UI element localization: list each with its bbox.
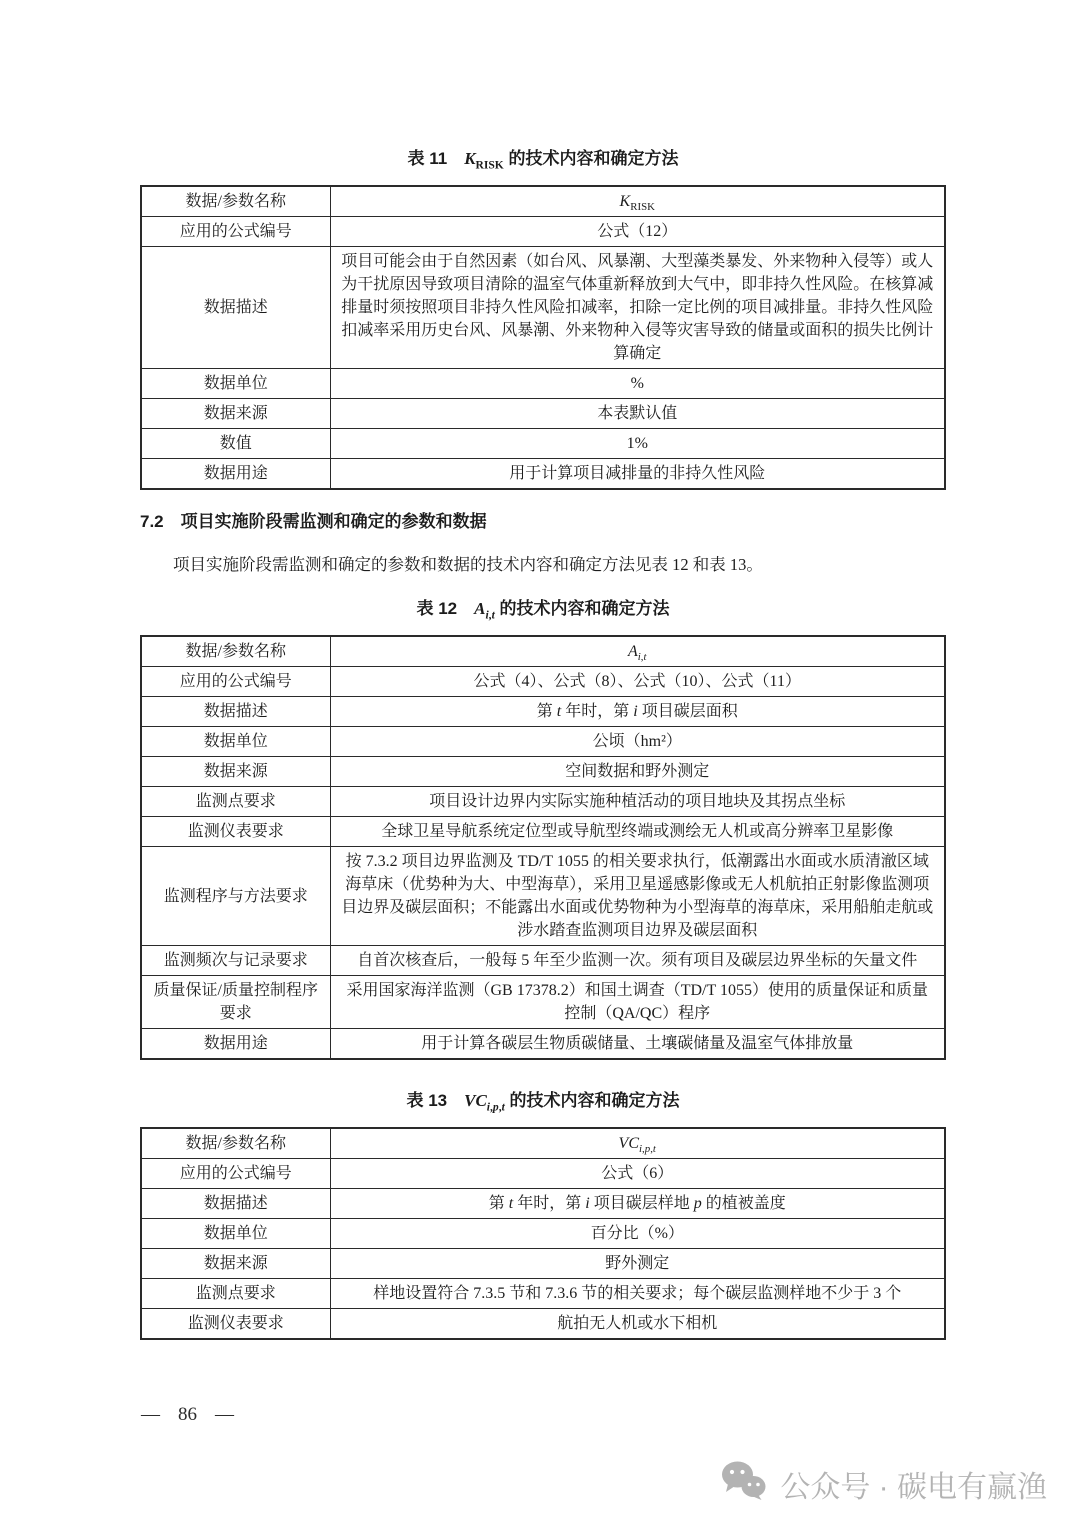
row-value: 全球卫星导航系统定位型或导航型终端或测绘无人机或高分辨率卫星影像 — [330, 817, 945, 847]
table-row: 应用的公式编号公式（12） — [141, 217, 945, 247]
table-row: 数据来源野外测定 — [141, 1249, 945, 1279]
table-row: 质量保证/质量控制程序要求采用国家海洋监测（GB 17378.2）和国土调查（T… — [141, 976, 945, 1029]
row-label: 数据用途 — [141, 1029, 330, 1060]
table-row: 数值1% — [141, 429, 945, 459]
row-label: 数值 — [141, 429, 330, 459]
table-row: 监测程序与方法要求按 7.3.2 项目边界监测及 TD/T 1055 的相关要求… — [141, 847, 945, 946]
row-value: 第 t 年时，第 i 项目碳层面积 — [330, 697, 945, 727]
row-value: 野外测定 — [330, 1249, 945, 1279]
table-row: 应用的公式编号公式（4）、公式（8）、公式（10）、公式（11） — [141, 667, 945, 697]
row-label: 应用的公式编号 — [141, 667, 330, 697]
section-paragraph: 项目实施阶段需监测和确定的参数和数据的技术内容和确定方法见表 12 和表 13。 — [140, 553, 946, 577]
table-row: 数据用途用于计算各碳层生物质碳储量、土壤碳储量及温室气体排放量 — [141, 1029, 945, 1060]
table-row: 数据描述项目可能会由于自然因素（如台风、风暴潮、大型藻类暴发、外来物种入侵等）或… — [141, 247, 945, 369]
table-row: 数据来源本表默认值 — [141, 399, 945, 429]
row-value: 用于计算项目减排量的非持久性风险 — [330, 459, 945, 490]
watermark-text: 公众号 · 碳电有赢渔 — [780, 1462, 1047, 1506]
wechat-icon — [720, 1460, 767, 1508]
row-label: 数据来源 — [141, 399, 330, 429]
table-row: 监测仪表要求全球卫星导航系统定位型或导航型终端或测绘无人机或高分辨率卫星影像 — [141, 817, 945, 847]
row-label: 数据/参数名称 — [141, 186, 330, 217]
row-label: 质量保证/质量控制程序要求 — [141, 976, 330, 1029]
row-label: 应用的公式编号 — [141, 1159, 330, 1189]
row-label: 监测程序与方法要求 — [141, 847, 330, 946]
footer-right-dash: — — [215, 1404, 234, 1426]
row-label: 监测频次与记录要求 — [141, 946, 330, 976]
row-label: 数据来源 — [141, 1249, 330, 1279]
row-value: 1% — [330, 429, 945, 459]
row-value: KRISK — [330, 186, 945, 217]
page-content: 表 11 KRISK 的技术内容和确定方法 数据/参数名称KRISK应用的公式编… — [140, 148, 946, 1340]
row-value: 公式（12） — [330, 217, 945, 247]
table-row: 数据单位% — [141, 369, 945, 399]
row-value: 用于计算各碳层生物质碳储量、土壤碳储量及温室气体排放量 — [330, 1029, 945, 1060]
row-value: 第 t 年时，第 i 项目碳层样地 p 的植被盖度 — [330, 1189, 945, 1219]
row-value: 项目设计边界内实际实施种植活动的项目地块及其拐点坐标 — [330, 787, 945, 817]
row-value: 空间数据和野外测定 — [330, 757, 945, 787]
row-value: VCi,p,t — [330, 1128, 945, 1159]
row-label: 数据/参数名称 — [141, 636, 330, 667]
table-row: 监测点要求项目设计边界内实际实施种植活动的项目地块及其拐点坐标 — [141, 787, 945, 817]
row-label: 数据来源 — [141, 757, 330, 787]
table-row: 数据单位公顷（hm²） — [141, 727, 945, 757]
row-label: 数据描述 — [141, 1189, 330, 1219]
table-row: 数据/参数名称VCi,p,t — [141, 1128, 945, 1159]
table11-title: 表 11 KRISK 的技术内容和确定方法 — [140, 148, 946, 170]
row-value: 项目可能会由于自然因素（如台风、风暴潮、大型藻类暴发、外来物种入侵等）或人为干扰… — [330, 247, 945, 369]
page-number: 86 — [178, 1404, 197, 1426]
row-label: 监测点要求 — [141, 787, 330, 817]
row-value: 本表默认值 — [330, 399, 945, 429]
row-label: 数据描述 — [141, 697, 330, 727]
row-value: 按 7.3.2 项目边界监测及 TD/T 1055 的相关要求执行，低潮露出水面… — [330, 847, 945, 946]
table-row: 应用的公式编号公式（6） — [141, 1159, 945, 1189]
row-value: 航拍无人机或水下相机 — [330, 1309, 945, 1340]
footer-left-dash: — — [141, 1404, 160, 1426]
table-row: 数据/参数名称KRISK — [141, 186, 945, 217]
table13: 数据/参数名称VCi,p,t应用的公式编号公式（6）数据描述第 t 年时，第 i… — [140, 1127, 946, 1340]
table-row: 数据单位百分比（%） — [141, 1219, 945, 1249]
table-row: 数据/参数名称Ai,t — [141, 636, 945, 667]
row-label: 数据单位 — [141, 1219, 330, 1249]
row-label: 数据描述 — [141, 247, 330, 369]
row-value: 公式（4）、公式（8）、公式（10）、公式（11） — [330, 667, 945, 697]
section-heading-7-2: 7.2 项目实施阶段需监测和确定的参数和数据 — [140, 511, 946, 533]
table-row: 监测仪表要求航拍无人机或水下相机 — [141, 1309, 945, 1340]
table-row: 数据描述第 t 年时，第 i 项目碳层面积 — [141, 697, 945, 727]
table12: 数据/参数名称Ai,t应用的公式编号公式（4）、公式（8）、公式（10）、公式（… — [140, 635, 946, 1060]
row-value: % — [330, 369, 945, 399]
table11: 数据/参数名称KRISK应用的公式编号公式（12）数据描述项目可能会由于自然因素… — [140, 185, 946, 490]
table-row: 监测点要求样地设置符合 7.3.5 节和 7.3.6 节的相关要求；每个碳层监测… — [141, 1279, 945, 1309]
table12-title: 表 12 Ai,t 的技术内容和确定方法 — [140, 598, 946, 620]
row-label: 数据用途 — [141, 459, 330, 490]
table-row: 数据用途用于计算项目减排量的非持久性风险 — [141, 459, 945, 490]
row-value: 样地设置符合 7.3.5 节和 7.3.6 节的相关要求；每个碳层监测样地不少于… — [330, 1279, 945, 1309]
row-label: 监测仪表要求 — [141, 817, 330, 847]
row-value: 公式（6） — [330, 1159, 945, 1189]
row-value: 采用国家海洋监测（GB 17378.2）和国土调查（TD/T 1055）使用的质… — [330, 976, 945, 1029]
row-label: 监测点要求 — [141, 1279, 330, 1309]
document-page: 表 11 KRISK 的技术内容和确定方法 数据/参数名称KRISK应用的公式编… — [0, 0, 1080, 1528]
row-value: 自首次核查后，一般每 5 年至少监测一次。须有项目及碳层边界坐标的矢量文件 — [330, 946, 945, 976]
row-label: 数据单位 — [141, 727, 330, 757]
row-label: 数据/参数名称 — [141, 1128, 330, 1159]
watermark: 公众号 · 碳电有赢渔 — [720, 1460, 1047, 1508]
table13-title: 表 13 VCi,p,t 的技术内容和确定方法 — [140, 1090, 946, 1112]
row-label: 应用的公式编号 — [141, 217, 330, 247]
table-row: 数据来源空间数据和野外测定 — [141, 757, 945, 787]
row-value: 百分比（%） — [330, 1219, 945, 1249]
page-footer: — 86 — — [141, 1404, 234, 1426]
row-label: 数据单位 — [141, 369, 330, 399]
table-row: 数据描述第 t 年时，第 i 项目碳层样地 p 的植被盖度 — [141, 1189, 945, 1219]
row-value: Ai,t — [330, 636, 945, 667]
table-row: 监测频次与记录要求自首次核查后，一般每 5 年至少监测一次。须有项目及碳层边界坐… — [141, 946, 945, 976]
row-label: 监测仪表要求 — [141, 1309, 330, 1340]
row-value: 公顷（hm²） — [330, 727, 945, 757]
